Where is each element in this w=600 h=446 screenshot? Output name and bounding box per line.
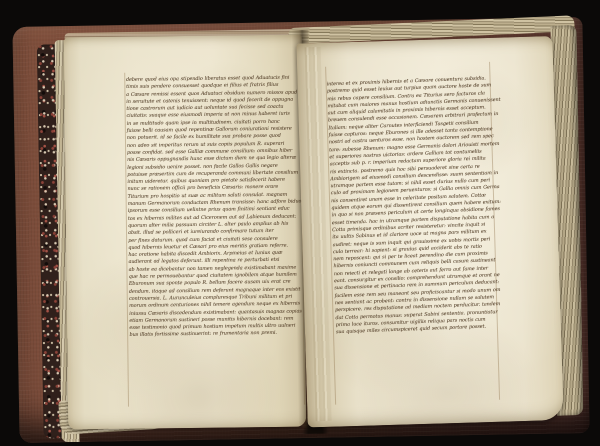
left-page: debere quod eius opa stipendio liberatus… <box>64 35 306 430</box>
right-page-text: interea et ex proximis hibernis et a Cæs… <box>327 75 496 336</box>
right-page: interea et ex proximis hibernis et a Cæs… <box>296 36 563 427</box>
photo-backdrop: debere quod eius opa stipendio liberatus… <box>0 0 600 446</box>
manuscript-book-cover: debere quod eius opa stipendio liberatus… <box>12 17 589 443</box>
left-page-text: debere quod eius opa stipendio liberatus… <box>126 74 306 339</box>
